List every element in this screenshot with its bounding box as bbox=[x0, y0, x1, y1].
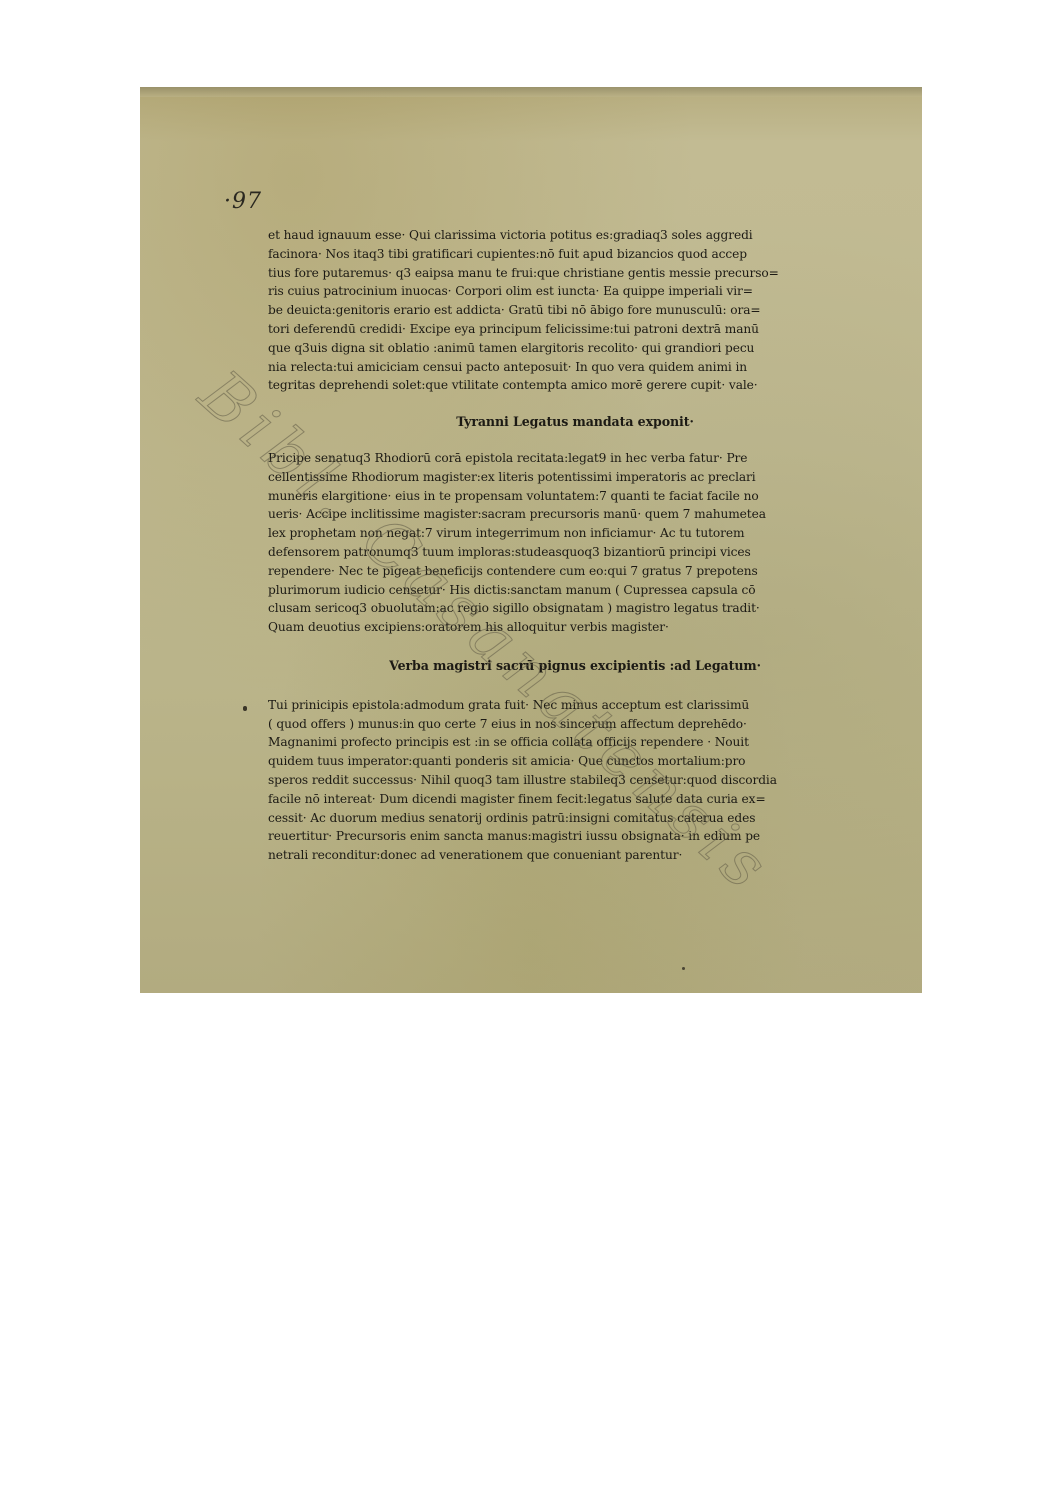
text-line: facinora· Nos itaq3 tibi gratificari cup… bbox=[268, 245, 882, 264]
text-line: que q3uis digna sit oblatio :animū tamen… bbox=[268, 339, 882, 358]
text-line: quidem tuus imperator:quanti ponderis si… bbox=[268, 752, 882, 771]
page-top-edge bbox=[140, 87, 922, 97]
text-line: facile nō intereat· Dum dicendi magister… bbox=[268, 790, 882, 809]
text-line: rependere· Nec te pigeat beneficijs cont… bbox=[268, 562, 882, 581]
paragraph-legatus-speech: Pricipe senatuq3 Rhodiorū corā epistola … bbox=[268, 449, 882, 637]
text-line: netrali reconditur:donec ad venerationem… bbox=[268, 846, 882, 865]
paper-speck bbox=[682, 967, 685, 970]
text-line: cessit· Ac duorum medius senatorij ordin… bbox=[268, 809, 882, 828]
text-line: muneris elargitione· eius in te propensa… bbox=[268, 487, 882, 506]
text-line: clusam sericoq3 obuolutam:ac regio sigil… bbox=[268, 599, 882, 618]
margin-ink-mark bbox=[243, 706, 247, 711]
text-line: plurimorum iudicio censetur· His dictis:… bbox=[268, 581, 882, 600]
text-line: defensorem patronumq3 tuum imploras:stud… bbox=[268, 543, 882, 562]
section-heading-legatus: Tyranni Legatus mandata exponit· bbox=[268, 413, 882, 432]
paragraph-letter: et haud ignauum esse· Qui clarissima vic… bbox=[268, 226, 882, 395]
folio-number: ·97 bbox=[224, 189, 262, 214]
folio-prefix: · bbox=[224, 189, 232, 214]
text-line: lex prophetam non negat:7 virum integerr… bbox=[268, 524, 882, 543]
text-line: tegritas deprehendi solet:que vtilitate … bbox=[268, 376, 882, 395]
text-line: Quam deuotius excipiens:oratorem his all… bbox=[268, 618, 882, 637]
text-line: be deuicta:genitoris erario est addicta·… bbox=[268, 301, 882, 320]
folio-value: 97 bbox=[232, 189, 262, 214]
text-line: ris cuius patrocinium inuocas· Corpori o… bbox=[268, 282, 882, 301]
text-line: Tui prinicipis epistola:admodum grata fu… bbox=[268, 696, 882, 715]
text-line: Pricipe senatuq3 Rhodiorū corā epistola … bbox=[268, 449, 882, 468]
manuscript-page: ·97 et haud ignauum esse· Qui clarissima… bbox=[140, 87, 922, 993]
text-line: tori deferendū credidi· Excipe eya princ… bbox=[268, 320, 882, 339]
text-block: et haud ignauum esse· Qui clarissima vic… bbox=[268, 226, 882, 865]
text-line: Magnanimi profecto principis est :in se … bbox=[268, 733, 882, 752]
text-line: tius fore putaremus· q3 eaipsa manu te f… bbox=[268, 264, 882, 283]
text-line: et haud ignauum esse· Qui clarissima vic… bbox=[268, 226, 882, 245]
text-line: cellentissime Rhodiorum magister:ex lite… bbox=[268, 468, 882, 487]
paragraph-magister-reply: Tui prinicipis epistola:admodum grata fu… bbox=[268, 696, 882, 865]
text-line: ( quod offers ) munus:in quo certe 7 eiu… bbox=[268, 715, 882, 734]
section-heading-magister: Verba magistri sacrū pignus excipientis … bbox=[268, 657, 882, 676]
text-line: ueris· Accipe inclitissime magister:sacr… bbox=[268, 505, 882, 524]
text-line: nia relecta:tui amiciciam censui pacto a… bbox=[268, 358, 882, 377]
text-line: speros reddit successus· Nihil quoq3 tam… bbox=[268, 771, 882, 790]
text-line: reuertitur· Precursoris enim sancta manu… bbox=[268, 827, 882, 846]
